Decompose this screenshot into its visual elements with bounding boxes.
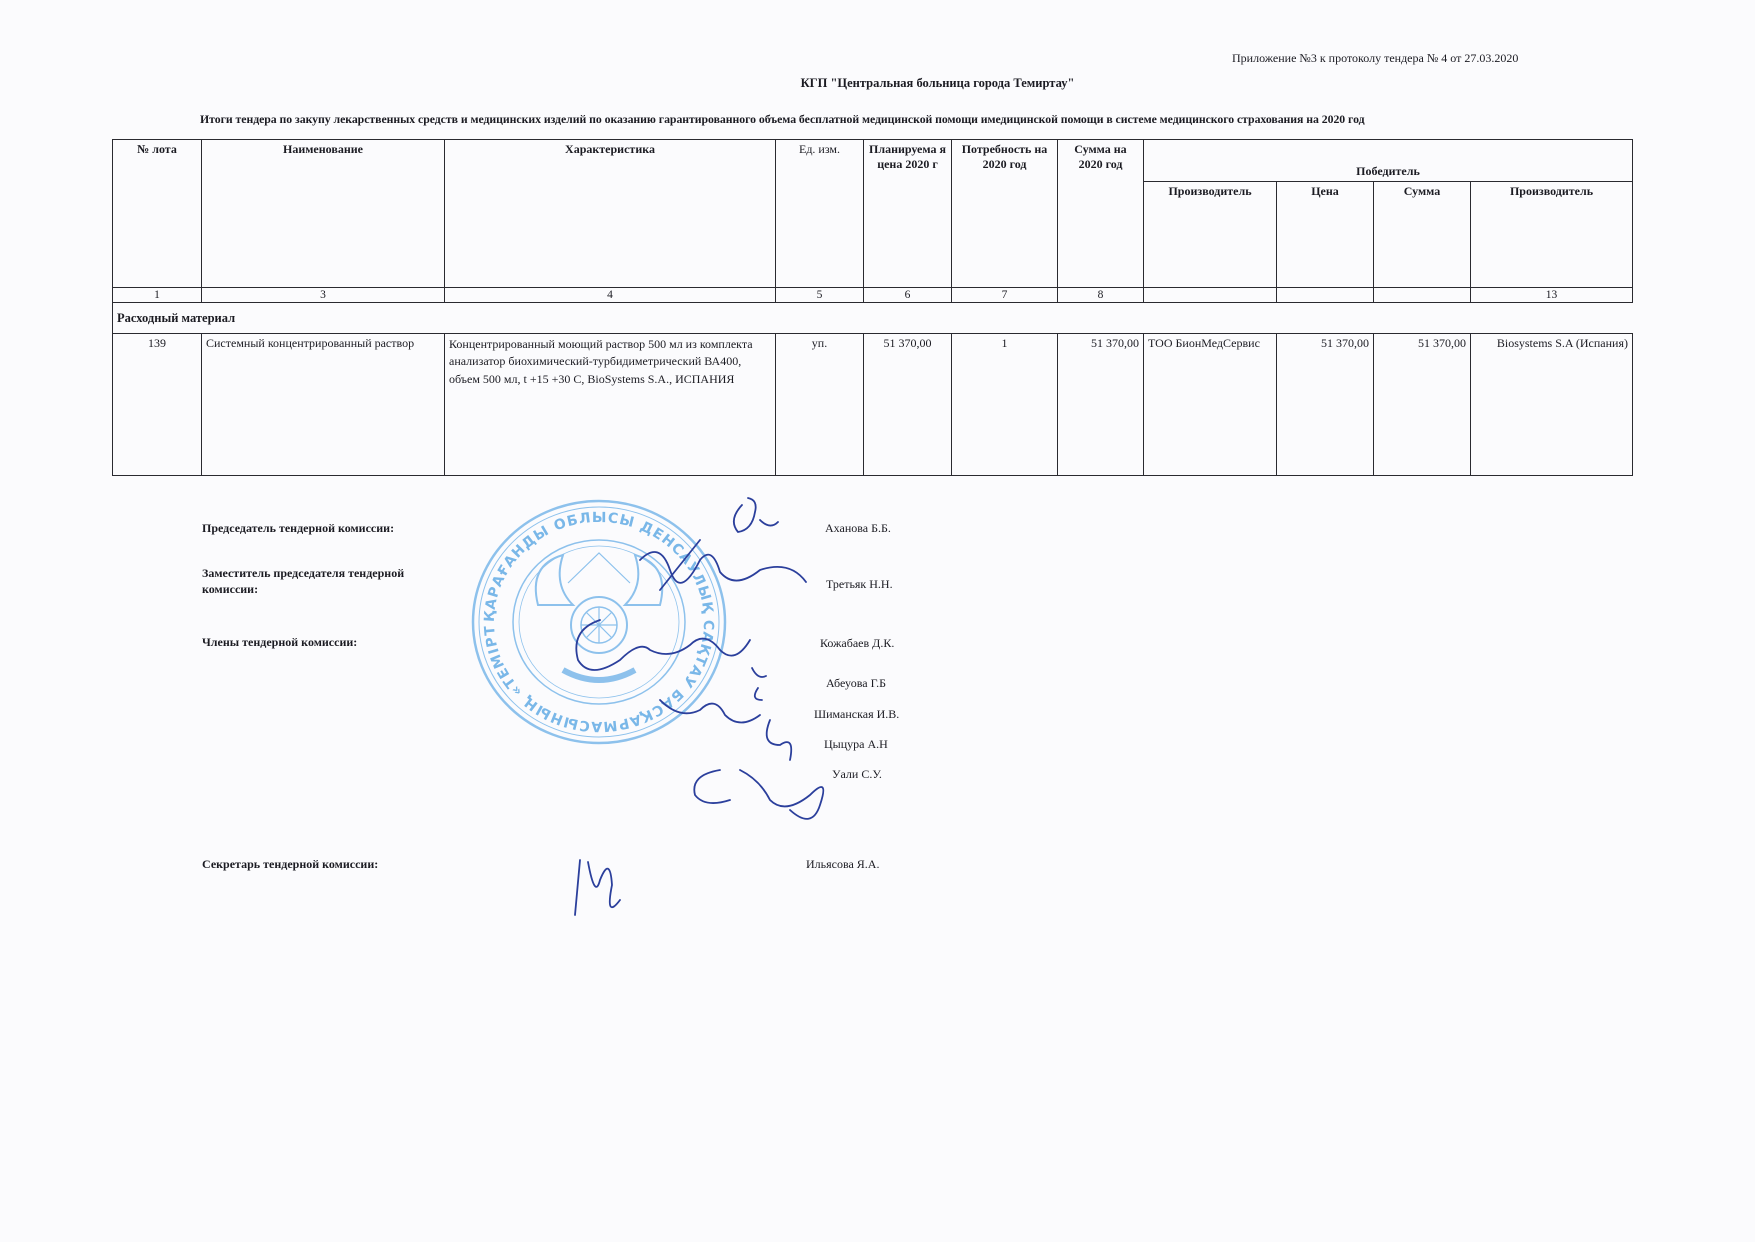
member-signature-icon — [694, 770, 823, 819]
member-signature-icon — [576, 620, 750, 670]
member-signature-icon — [660, 700, 760, 723]
handwritten-signatures — [0, 0, 1755, 1242]
member-signature-icon — [752, 668, 766, 700]
deputy-signature-icon — [640, 540, 806, 590]
chairman-signature-icon — [734, 498, 778, 532]
member-signature-icon — [767, 720, 792, 760]
secretary-signature-icon — [575, 860, 620, 915]
